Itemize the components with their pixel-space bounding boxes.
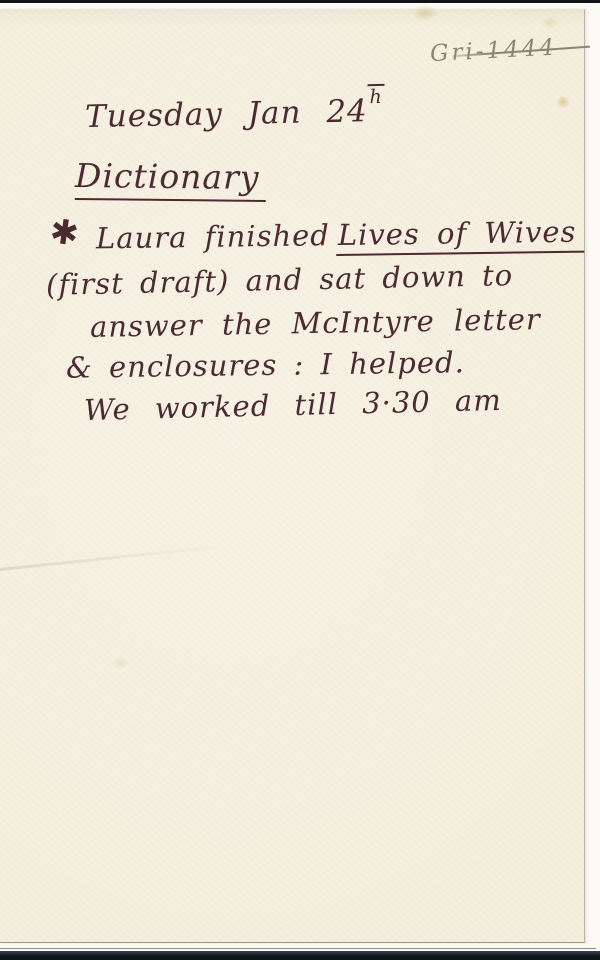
body-line-1: Laura finishedLives of Wives (96, 215, 585, 256)
underlined-book-title: Lives of Wives (336, 215, 585, 256)
paper-crease (0, 545, 220, 572)
scanned-manuscript-page: Gri-1444 Tuesday Jan 24h Dictionary ✱ La… (0, 0, 600, 960)
body-line-2: (first draft) and sat down to (46, 258, 514, 302)
heading-date-text: Tuesday Jan 24 (85, 93, 368, 135)
body-line-3: answer the McIntyre letter (90, 302, 541, 344)
foxing-spot (556, 95, 570, 109)
asterisk-marker: ✱ (47, 211, 81, 255)
heading-date: Tuesday Jan 24h (85, 86, 386, 135)
paper-sheet: Gri-1444 Tuesday Jan 24h Dictionary ✱ La… (0, 9, 585, 943)
scan-edge-top (0, 0, 600, 3)
body-line-4: & enclosures : I helped. (66, 345, 465, 385)
catalog-inscription: Gri-1444 (429, 33, 590, 67)
section-title-text: Dictionary (75, 156, 266, 202)
body-line-5: We worked till 3·30 am (84, 383, 502, 427)
foxing-spot (112, 657, 130, 669)
foxing-spot (412, 5, 438, 21)
scan-edge-bottom (0, 951, 600, 960)
section-title: Dictionary (75, 156, 266, 197)
body-line-1-text: Laura finished (96, 218, 330, 255)
foxing-spot (540, 17, 560, 29)
heading-date-suffix: h (367, 84, 385, 108)
paper-texture (0, 9, 584, 942)
paper-bottom-edge-line (0, 948, 596, 949)
